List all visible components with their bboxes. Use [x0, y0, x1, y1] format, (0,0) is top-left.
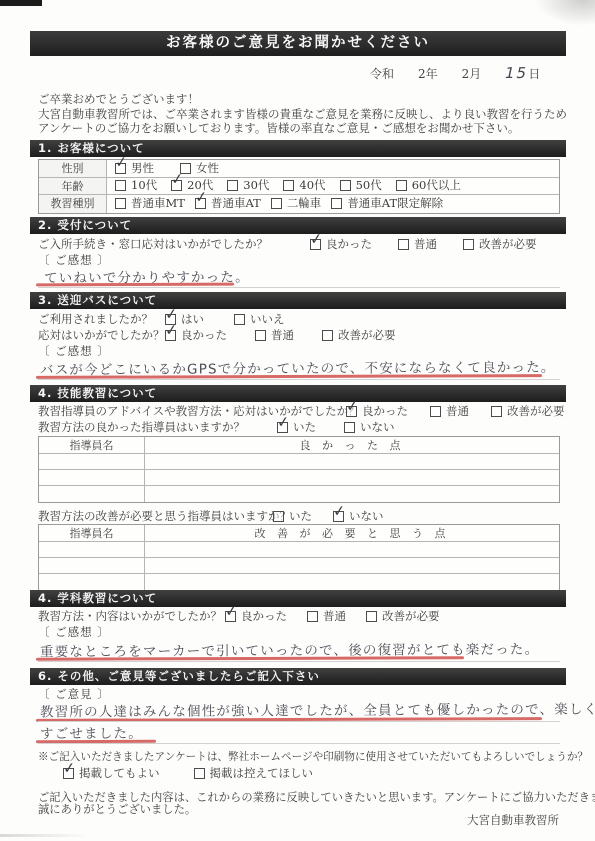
checkbox-reception-normal[interactable]: 普通 [398, 236, 437, 252]
checkbox-box [63, 768, 74, 779]
checkbox-box [277, 422, 288, 433]
skill-improve-instructor-question-row: 教習方法の改善が必要と思う指導員はいますか？ いた いない [38, 508, 384, 524]
checkbox-label: 10代 [131, 177, 157, 195]
checkbox-label: いない [349, 508, 384, 524]
skill-advice-question: 教習指導員のアドバイスや教習方法・応対はいかがでしたか？ [38, 403, 346, 419]
intro-line: 大宮自動車教習所では、ご卒業されます皆様の貴重なご意見を業務に反映し、より良い教… [38, 107, 568, 122]
good-point-cell[interactable] [145, 454, 559, 469]
checkbox-age-40s[interactable]: 40代 [283, 177, 325, 195]
checkbox-box [463, 239, 474, 250]
checkbox-box [115, 198, 126, 209]
date-month: 2月 [462, 65, 482, 82]
checkbox-label: はい [181, 311, 204, 327]
checkbox-box [491, 406, 502, 417]
date-day-handwritten: 15 [503, 64, 530, 82]
table-header-row: 指導員名 良 か っ た 点 [39, 437, 559, 454]
instructor-name-cell[interactable] [39, 558, 145, 573]
checkbox-age-50s[interactable]: 50代 [340, 177, 382, 195]
checkbox-box [273, 511, 284, 522]
publication-permission-row: 掲載してもよい 掲載は控えてほしい [63, 765, 313, 781]
checkbox-box [430, 406, 441, 417]
ruled-line [38, 743, 560, 744]
checkbox-label: 改善が必要 [338, 327, 396, 343]
reception-question-row: ご入所手続き・窓口応対はいかがでしたか？ 良かった 普通 改善が必要 [38, 236, 537, 252]
checkbox-label: 40代 [299, 177, 325, 195]
checkbox-label: 掲載してもよい [79, 765, 160, 781]
checkbox-box [340, 180, 351, 191]
checkbox-publication-decline[interactable]: 掲載は控えてほしい [194, 765, 314, 781]
instructor-name-cell[interactable] [39, 574, 145, 590]
instructor-name-header: 指導員名 [39, 437, 145, 453]
bus-service-question-row: 応対はいかがでしたか？ 良かった 普通 改善が必要 [38, 327, 396, 343]
checkbox-course-at[interactable]: 普通車AT [195, 195, 261, 213]
closing-line: 誠にありがとうございました。 [38, 801, 196, 817]
checkbox-box [234, 314, 245, 325]
course-row: 教習種別 普通車MT 普通車AT 二輪車 普通車AT限定解除 [39, 195, 559, 213]
instructor-name-cell[interactable] [39, 470, 145, 485]
lecture-question: 教習方法・内容はいかがでしたか？ [38, 608, 225, 624]
age-row: 年齢 10代 20代 30代 40代 50代 60代以上 [39, 178, 559, 196]
checkbox-label: 30代 [243, 177, 269, 195]
lecture-question-row: 教習方法・内容はいかがでしたか？ 良かった 普通 改善が必要 [38, 608, 440, 624]
checkbox-label: いた [293, 419, 316, 435]
checkbox-reception-good[interactable]: 良かった [310, 236, 372, 252]
checkbox-box [307, 611, 318, 622]
skill-good-instructor-question-row: 教習方法の良かった指導員はいますか？ いた いない [38, 419, 395, 435]
section-heading-skill: 4. 技能教習について [30, 385, 566, 402]
table-row [39, 574, 559, 590]
checkbox-age-60plus[interactable]: 60代以上 [396, 177, 461, 195]
checkbox-box [115, 180, 126, 191]
checkbox-label: 改善が必要 [382, 608, 440, 624]
checkbox-lecture-good[interactable]: 良かった [225, 608, 287, 624]
checkbox-box [396, 180, 407, 191]
gender-row: 性別 男性 女性 [39, 160, 559, 178]
ruled-line [38, 661, 560, 662]
checkbox-label: 良かった [181, 327, 227, 343]
reception-question: ご入所手続き・窓口応対はいかがでしたか？ [38, 236, 310, 252]
bus-usage-question: ご利用されましたか？ [38, 311, 165, 327]
checkbox-box [115, 163, 126, 174]
bus-usage-question-row: ご利用されましたか？ はい いいえ [38, 311, 285, 327]
checkbox-label: 普通車MT [131, 195, 185, 213]
date-day: 15日 [505, 64, 540, 82]
checkbox-box [165, 330, 176, 341]
checkbox-good-instructor-no[interactable]: いない [344, 419, 395, 435]
checkbox-label: 普通 [271, 327, 294, 343]
scan-artifact-top-right [535, 0, 595, 26]
survey-page: お客様のご意見をお聞かせください 令和 2年 2月 15日 ご卒業おめでとうござ… [0, 0, 595, 841]
bus-service-question: 応対はいかがでしたか？ [38, 327, 165, 343]
checkbox-box [255, 330, 266, 341]
scan-artifact-top-left [0, 0, 42, 6]
checkbox-skill-needs-improvement[interactable]: 改善が必要 [491, 403, 565, 419]
section-heading-lecture: 4. 学科教習について [30, 590, 566, 607]
checkbox-gender-female[interactable]: 女性 [180, 160, 219, 178]
checkbox-good-instructor-yes[interactable]: いた [277, 419, 316, 435]
checkbox-label: いない [360, 419, 395, 435]
checkbox-label: 良かった [241, 608, 287, 624]
section-heading-bus: 3. 送迎バスについて [30, 292, 566, 309]
checkbox-label: 女性 [196, 160, 219, 178]
checkbox-label: 60代以上 [412, 177, 461, 195]
improve-point-cell[interactable] [145, 542, 559, 557]
checkbox-publication-ok[interactable]: 掲載してもよい [63, 765, 160, 781]
checkbox-label: 普通 [414, 236, 437, 252]
course-row-label: 教習種別 [39, 195, 107, 213]
date-line: 令和 2年 2月 15日 [370, 64, 566, 82]
checkbox-label: 良かった [362, 403, 408, 419]
instructor-name-header: 指導員名 [39, 525, 145, 541]
checkbox-bus-used-no[interactable]: いいえ [234, 311, 285, 327]
checkbox-label: 普通 [446, 403, 469, 419]
date-day-unit: 日 [528, 67, 540, 81]
checkbox-label: 50代 [356, 177, 382, 195]
checkbox-reception-needs-improvement[interactable]: 改善が必要 [463, 236, 537, 252]
instructor-name-cell[interactable] [39, 486, 145, 502]
ruled-line [38, 287, 560, 288]
checkbox-skill-normal[interactable]: 普通 [430, 403, 469, 419]
school-signature: 大宮自動車教習所 [467, 812, 559, 828]
instructor-name-cell[interactable] [39, 454, 145, 469]
checkbox-lecture-needs-improvement[interactable]: 改善が必要 [366, 608, 440, 624]
checkbox-box [194, 768, 205, 779]
table-row [39, 470, 559, 486]
checkbox-label: いた [289, 508, 312, 524]
table-row [39, 558, 559, 574]
checkbox-course-at-limit-release[interactable]: 普通車AT限定解除 [331, 195, 443, 213]
checkbox-bus-needs-improvement[interactable]: 改善が必要 [322, 327, 396, 343]
table-header-row: 指導員名 改 善 が 必 要 と 思 う 点 [39, 525, 559, 542]
bus-comment-label: 〔 ご感想 〕 [38, 343, 110, 359]
improve-point-cell[interactable] [145, 574, 559, 590]
date-era: 令和 [370, 65, 394, 82]
checkbox-bus-good[interactable]: 良かった [165, 327, 227, 343]
intro-line: ご卒業おめでとうございます！ [38, 92, 568, 107]
checkbox-course-mt[interactable]: 普通車MT [115, 195, 185, 213]
checkbox-age-30s[interactable]: 30代 [227, 177, 269, 195]
checkbox-label: 改善が必要 [507, 403, 565, 419]
checkbox-box [366, 611, 377, 622]
good-instructor-table: 指導員名 良 か っ た 点 [38, 436, 560, 503]
improve-point-cell[interactable] [145, 558, 559, 573]
table-row [39, 454, 559, 470]
checkbox-box [333, 511, 344, 522]
checkbox-improve-instructor-no[interactable]: いない [333, 508, 384, 524]
checkbox-box [227, 180, 238, 191]
lecture-comment-label: 〔 ご感想 〕 [38, 624, 110, 640]
section-heading-customer: 1. お客様について [30, 140, 566, 157]
page-title: お客様のご意見をお聞かせください [30, 31, 566, 56]
checkbox-label: 掲載は控えてほしい [210, 765, 314, 781]
skill-improve-instructor-question: 教習方法の改善が必要と思う指導員はいますか？ [38, 508, 273, 524]
table-row [39, 486, 559, 502]
intro-paragraph: ご卒業おめでとうございます！ 大宮自動車教習所では、ご卒業されます皆様の貴重なご… [38, 92, 568, 136]
checkbox-gender-male[interactable]: 男性 [115, 160, 154, 178]
checkbox-label: 普通車AT限定解除 [347, 195, 443, 213]
section-heading-reception: 2. 受付について [30, 217, 566, 234]
checkbox-lecture-normal[interactable]: 普通 [307, 608, 346, 624]
checkbox-label: 改善が必要 [479, 236, 537, 252]
skill-good-instructor-question: 教習方法の良かった指導員はいますか？ [38, 419, 277, 435]
checkbox-label: 良かった [326, 236, 372, 252]
checkbox-box [346, 406, 357, 417]
checkbox-box [171, 180, 182, 191]
checkbox-box [322, 330, 333, 341]
checkbox-box [344, 422, 355, 433]
scan-artifact-bottom-left [0, 834, 90, 837]
checkbox-age-10s[interactable]: 10代 [115, 177, 157, 195]
good-point-cell[interactable] [145, 486, 559, 502]
checkbox-box [331, 198, 342, 209]
checkbox-course-motorcycle[interactable]: 二輪車 [271, 195, 322, 213]
checkbox-box [283, 180, 294, 191]
ruled-line [38, 379, 560, 380]
checkbox-label: 普通 [323, 608, 346, 624]
checkbox-improve-instructor-yes[interactable]: いた [273, 508, 312, 524]
good-points-header: 良 か っ た 点 [145, 437, 559, 453]
checkbox-label: 男性 [131, 160, 154, 178]
checkbox-label: いいえ [250, 311, 285, 327]
checkbox-label: 二輪車 [287, 195, 322, 213]
improve-points-header: 改 善 が 必 要 と 思 う 点 [145, 525, 559, 541]
checkbox-box [225, 611, 236, 622]
checkbox-box [195, 198, 206, 209]
checkbox-skill-good[interactable]: 良かった [346, 403, 408, 419]
good-point-cell[interactable] [145, 470, 559, 485]
customer-profile-table: 性別 男性 女性 年齢 10代 20代 30代 40代 50代 60代以上 教習… [38, 159, 560, 214]
checkbox-box [398, 239, 409, 250]
section-heading-other: 6. その他、ご意見等ございましたらご記入下さい [30, 668, 566, 685]
publication-permission-note: ※ご記入いただきましたアンケートは、弊社ホームページや印刷物に使用させていただい… [38, 749, 588, 764]
checkbox-box [310, 239, 321, 250]
red-underline [36, 283, 234, 287]
intro-line: アンケートのご協力をお願いしております。皆様の率直なご意見・ご感想をお聞かせ下さ… [38, 121, 568, 136]
age-row-label: 年齢 [39, 178, 107, 195]
improve-instructor-table: 指導員名 改 善 が 必 要 と 思 う 点 [38, 524, 560, 591]
skill-advice-question-row: 教習指導員のアドバイスや教習方法・応対はいかがでしたか？ 良かった 普通 改善が… [38, 403, 565, 419]
checkbox-box [271, 198, 282, 209]
date-year: 2年 [418, 65, 438, 82]
checkbox-bus-normal[interactable]: 普通 [255, 327, 294, 343]
checkbox-label: 普通車AT [211, 195, 261, 213]
gender-row-label: 性別 [39, 160, 107, 177]
instructor-name-cell[interactable] [39, 542, 145, 557]
table-row [39, 542, 559, 558]
